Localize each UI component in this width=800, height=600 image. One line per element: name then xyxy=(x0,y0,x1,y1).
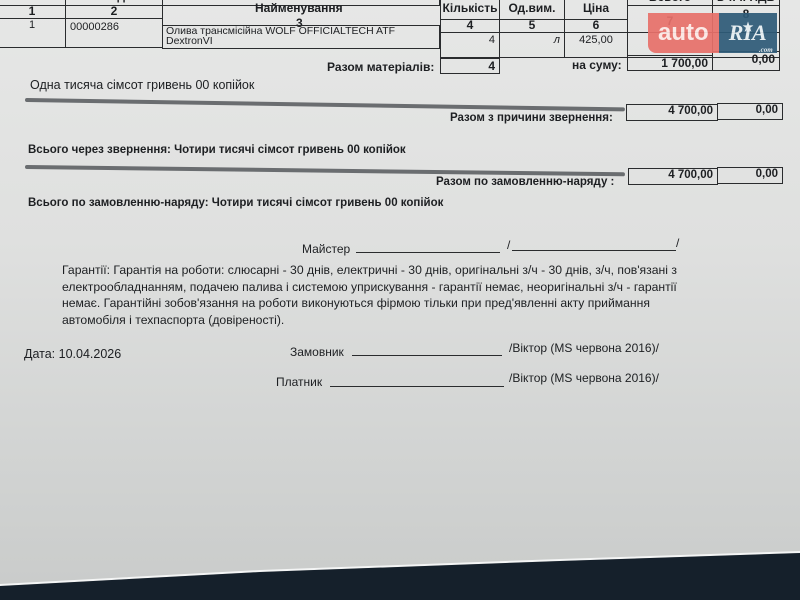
master-label: Майстер xyxy=(302,242,350,256)
payer-name: /Віктор (MS червона 2016)/ xyxy=(509,371,659,385)
header-cell-qty: Кількість xyxy=(440,0,500,20)
reason-total-vat: 0,00 xyxy=(717,103,783,120)
customer-label: Замовник xyxy=(290,345,344,359)
header-name-label: Найменування xyxy=(255,1,343,15)
materials-total-label: Разом матеріалів: xyxy=(327,60,434,74)
row-name: Олива трансмісійна WOLF OFFICIALTECH ATF… xyxy=(162,25,440,49)
warranty-text: Гарантії: Гарантія на роботи: слюсарні -… xyxy=(62,262,722,328)
master-slash: / xyxy=(507,238,510,252)
reason-in-words: Всього через звернення: Чотири тисячі сі… xyxy=(28,144,406,156)
watermark-ria: ★ RIA .com xyxy=(719,13,777,53)
colnum-4: 4 xyxy=(440,19,500,33)
watermark-suffix: .com xyxy=(759,45,773,55)
colnum-2: 2 xyxy=(65,5,163,19)
colnum-6: 6 xyxy=(564,19,628,33)
order-total-sum: 4 700,00 xyxy=(628,168,718,185)
warranty-line4: автомобіля і техпаспорта (довіреності). xyxy=(62,312,722,329)
header-cell-price: Ціна xyxy=(564,0,628,20)
colnum-1: 1 xyxy=(0,5,66,19)
reason-total-sum: 4 700,00 xyxy=(626,104,718,121)
row-name-line2: DextronVI xyxy=(166,36,439,46)
header-cell-unit: Од.вим. xyxy=(499,0,565,20)
row-code: 00000286 xyxy=(65,18,163,48)
row-number: 1 xyxy=(0,18,66,48)
master-slash-end: / xyxy=(676,236,679,250)
materials-sum-label: на суму: xyxy=(572,58,622,72)
row-unit: л xyxy=(499,32,565,58)
watermark-auto: auto xyxy=(648,13,719,53)
warranty-line2: електрообладнанням, подачею палива і сис… xyxy=(62,279,722,296)
materials-total-qty: 4 xyxy=(440,58,500,74)
master-name-line[interactable] xyxy=(512,250,676,251)
colnum-5: 5 xyxy=(499,19,565,33)
order-in-words: Всього по замовленню-наряду: Чотири тися… xyxy=(28,197,443,209)
customer-signature-line[interactable] xyxy=(352,355,502,356)
materials-total-sum: 1 700,00 xyxy=(627,55,713,71)
row-qty: 4 xyxy=(440,32,500,58)
payer-label: Платник xyxy=(276,375,322,389)
row-price: 425,00 xyxy=(564,32,628,58)
autoria-watermark: auto ★ RIA .com xyxy=(648,13,777,53)
warranty-line3: немає. Гарантійні зобов'язання на роботи… xyxy=(62,295,722,312)
payer-signature-line[interactable] xyxy=(330,386,504,387)
document-date: Дата: 10.04.2026 xyxy=(24,347,121,361)
master-signature-line[interactable] xyxy=(356,252,500,253)
reason-total-label: Разом з причини звернення: xyxy=(450,112,613,124)
customer-name: /Віктор (MS червона 2016)/ xyxy=(509,341,659,355)
star-icon: ★ xyxy=(743,7,754,47)
warranty-line1: Гарантії: Гарантія на роботи: слюсарні -… xyxy=(62,262,722,279)
order-total-label: Разом по замовленню-наряду : xyxy=(436,176,614,188)
order-total-vat: 0,00 xyxy=(717,167,783,184)
materials-in-words: Одна тисяча сімсот гривень 00 копійок xyxy=(30,78,254,92)
